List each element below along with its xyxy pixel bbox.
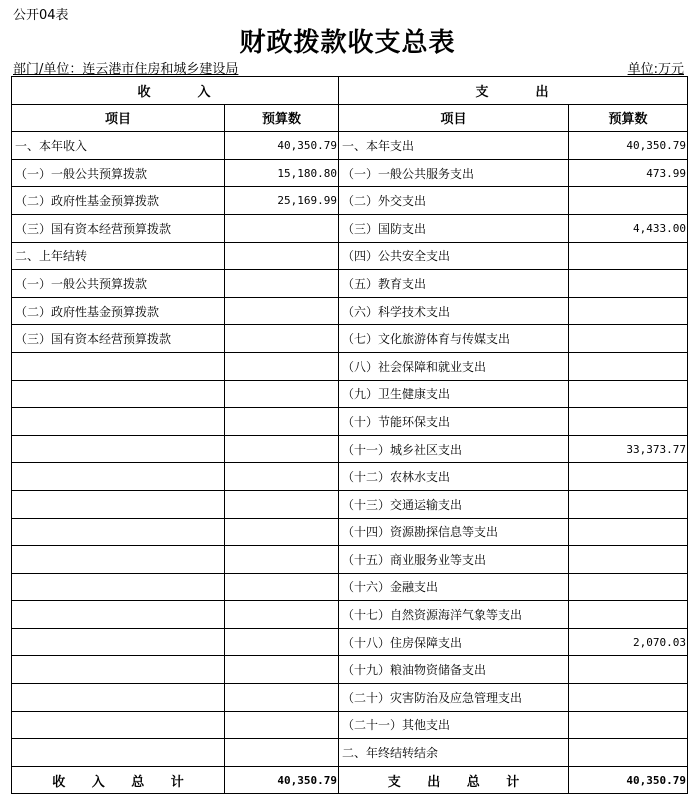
expense-budget-cell — [569, 573, 688, 601]
income-budget-cell — [225, 573, 339, 601]
expense-item-cell: 二、年终结转结余 — [339, 739, 569, 767]
expense-budget-cell: 4,433.00 — [569, 214, 688, 242]
expense-item-cell: （十五）商业服务业等支出 — [339, 546, 569, 574]
expense-budget-cell — [569, 380, 688, 408]
income-section-header: 收 入 — [12, 77, 339, 105]
income-item-cell — [12, 601, 225, 629]
expense-budget-cell — [569, 408, 688, 436]
page-title: 财政拨款收支总表 — [0, 22, 695, 59]
income-budget-header: 预算数 — [225, 104, 339, 132]
expense-item-cell: （十一）城乡社区支出 — [339, 435, 569, 463]
expense-item-cell: （二十一）其他支出 — [339, 711, 569, 739]
income-item-cell: 二、上年结转 — [12, 242, 225, 270]
income-item-cell — [12, 518, 225, 546]
income-section-label: 收 入 — [138, 85, 213, 100]
expense-budget-cell — [569, 711, 688, 739]
expense-item-cell: （十四）资源勘探信息等支出 — [339, 518, 569, 546]
income-item-cell: （二）政府性基金预算拨款 — [12, 187, 225, 215]
income-budget-cell — [225, 325, 339, 353]
income-budget-cell: 25,169.99 — [225, 187, 339, 215]
expense-item-cell: （三）国防支出 — [339, 214, 569, 242]
table-row: （十二）农林水支出 — [12, 463, 688, 491]
table-row: （八）社会保障和就业支出 — [12, 352, 688, 380]
table-row: （二）政府性基金预算拨款（六）科学技术支出 — [12, 297, 688, 325]
income-item-cell: （三）国有资本经营预算拨款 — [12, 325, 225, 353]
income-budget-cell — [225, 297, 339, 325]
expense-budget-cell — [569, 187, 688, 215]
income-budget-cell — [225, 408, 339, 436]
income-budget-cell — [225, 684, 339, 712]
section-header-row: 收 入 支 出 — [12, 77, 688, 105]
table-row: （三）国有资本经营预算拨款（七）文化旅游体育与传媒支出 — [12, 325, 688, 353]
income-item-header: 项目 — [12, 104, 225, 132]
income-item-cell: （一）一般公共预算拨款 — [12, 159, 225, 187]
income-item-cell — [12, 739, 225, 767]
table-row: （十一）城乡社区支出33,373.77 — [12, 435, 688, 463]
expense-budget-cell — [569, 270, 688, 298]
column-header-row: 项目 预算数 项目 预算数 — [12, 104, 688, 132]
unit-label: 单位:万元 — [628, 58, 684, 77]
income-budget-cell — [225, 518, 339, 546]
table-row: （一）一般公共预算拨款15,180.80（一）一般公共服务支出473.99 — [12, 159, 688, 187]
income-item-cell — [12, 490, 225, 518]
expense-item-cell: （九）卫生健康支出 — [339, 380, 569, 408]
income-item-cell — [12, 380, 225, 408]
income-item-cell — [12, 435, 225, 463]
income-item-cell — [12, 711, 225, 739]
expense-section-header: 支 出 — [339, 77, 688, 105]
table-row: （十七）自然资源海洋气象等支出 — [12, 601, 688, 629]
expense-item-cell: （十七）自然资源海洋气象等支出 — [339, 601, 569, 629]
expense-total-label: 支 出 总 计 — [339, 766, 569, 794]
table-row: （十九）粮油物资储备支出 — [12, 656, 688, 684]
expense-budget-cell: 33,373.77 — [569, 435, 688, 463]
income-item-cell — [12, 656, 225, 684]
income-item-cell — [12, 628, 225, 656]
table-row: 二、上年结转（四）公共安全支出 — [12, 242, 688, 270]
income-total-value: 40,350.79 — [225, 766, 339, 794]
table-row: （九）卫生健康支出 — [12, 380, 688, 408]
expense-item-cell: （十）节能环保支出 — [339, 408, 569, 436]
expense-budget-cell: 473.99 — [569, 159, 688, 187]
totals-row: 收 入 总 计40,350.79支 出 总 计40,350.79 — [12, 766, 688, 794]
expense-item-cell: （六）科学技术支出 — [339, 297, 569, 325]
income-item-cell — [12, 573, 225, 601]
table-row: 一、本年收入40,350.79一、本年支出40,350.79 — [12, 132, 688, 160]
table-row: （三）国有资本经营预算拨款（三）国防支出4,433.00 — [12, 214, 688, 242]
income-budget-cell — [225, 435, 339, 463]
expense-item-cell: （十八）住房保障支出 — [339, 628, 569, 656]
expense-budget-cell — [569, 601, 688, 629]
table-row: （十八）住房保障支出2,070.03 — [12, 628, 688, 656]
income-budget-cell: 15,180.80 — [225, 159, 339, 187]
expense-item-cell: （十二）农林水支出 — [339, 463, 569, 491]
table-row: （十）节能环保支出 — [12, 408, 688, 436]
expense-item-cell: （十六）金融支出 — [339, 573, 569, 601]
expense-total-value: 40,350.79 — [569, 766, 688, 794]
expense-budget-cell — [569, 518, 688, 546]
expense-item-cell: （五）教育支出 — [339, 270, 569, 298]
expense-item-header: 项目 — [339, 104, 569, 132]
income-item-cell — [12, 463, 225, 491]
department-label: 部门/单位：连云港市住房和城乡建设局 — [13, 58, 238, 77]
table-row: （二十一）其他支出 — [12, 711, 688, 739]
expense-item-cell: （十九）粮油物资储备支出 — [339, 656, 569, 684]
income-budget-cell — [225, 352, 339, 380]
table-row: （二）政府性基金预算拨款25,169.99（二）外交支出 — [12, 187, 688, 215]
table-row: （十四）资源勘探信息等支出 — [12, 518, 688, 546]
expense-budget-header: 预算数 — [569, 104, 688, 132]
expense-item-cell: （四）公共安全支出 — [339, 242, 569, 270]
expense-budget-cell — [569, 684, 688, 712]
table-row: （一）一般公共预算拨款（五）教育支出 — [12, 270, 688, 298]
income-budget-cell — [225, 628, 339, 656]
expense-item-cell: （一）一般公共服务支出 — [339, 159, 569, 187]
table-row: （十六）金融支出 — [12, 573, 688, 601]
expense-budget-cell: 40,350.79 — [569, 132, 688, 160]
income-budget-cell — [225, 739, 339, 767]
table-row: （十五）商业服务业等支出 — [12, 546, 688, 574]
expense-item-cell: （七）文化旅游体育与传媒支出 — [339, 325, 569, 353]
table-row: （十三）交通运输支出 — [12, 490, 688, 518]
expense-item-cell: （八）社会保障和就业支出 — [339, 352, 569, 380]
expense-budget-cell — [569, 325, 688, 353]
income-budget-cell — [225, 711, 339, 739]
expense-item-cell: 一、本年支出 — [339, 132, 569, 160]
budget-table: 收 入 支 出 项目 预算数 项目 预算数 一、本年收入40,350.79一、本… — [11, 76, 688, 794]
expense-item-cell: （二十）灾害防治及应急管理支出 — [339, 684, 569, 712]
expense-budget-cell — [569, 490, 688, 518]
expense-item-cell: （十三）交通运输支出 — [339, 490, 569, 518]
expense-budget-cell — [569, 546, 688, 574]
income-total-label: 收 入 总 计 — [12, 766, 225, 794]
income-item-cell — [12, 684, 225, 712]
expense-budget-cell — [569, 463, 688, 491]
income-budget-cell — [225, 463, 339, 491]
expense-budget-cell — [569, 656, 688, 684]
income-budget-cell — [225, 490, 339, 518]
income-item-cell: 一、本年收入 — [12, 132, 225, 160]
income-budget-cell — [225, 380, 339, 408]
expense-item-cell: （二）外交支出 — [339, 187, 569, 215]
income-item-cell: （二）政府性基金预算拨款 — [12, 297, 225, 325]
table-row: （二十）灾害防治及应急管理支出 — [12, 684, 688, 712]
expense-budget-cell — [569, 739, 688, 767]
income-item-cell: （一）一般公共预算拨款 — [12, 270, 225, 298]
expense-budget-cell — [569, 242, 688, 270]
income-budget-cell — [225, 656, 339, 684]
expense-budget-cell: 2,070.03 — [569, 628, 688, 656]
income-item-cell — [12, 408, 225, 436]
income-item-cell — [12, 546, 225, 574]
expense-budget-cell — [569, 352, 688, 380]
table-row: 二、年终结转结余 — [12, 739, 688, 767]
income-budget-cell — [225, 214, 339, 242]
income-budget-cell — [225, 270, 339, 298]
income-item-cell — [12, 352, 225, 380]
income-budget-cell — [225, 242, 339, 270]
income-budget-cell — [225, 546, 339, 574]
income-budget-cell: 40,350.79 — [225, 132, 339, 160]
income-item-cell: （三）国有资本经营预算拨款 — [12, 214, 225, 242]
income-budget-cell — [225, 601, 339, 629]
form-code: 公开04表 — [13, 4, 69, 23]
expense-section-label: 支 出 — [476, 85, 551, 100]
expense-budget-cell — [569, 297, 688, 325]
